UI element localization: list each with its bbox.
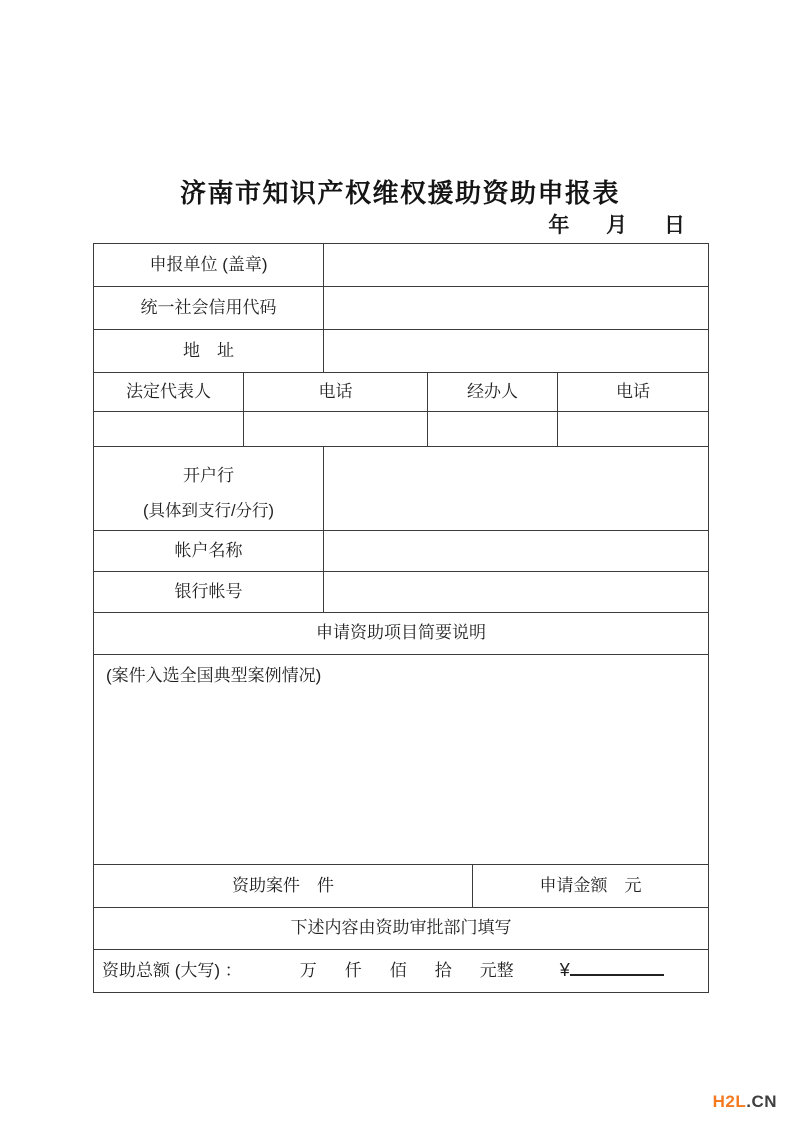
row-contact-header: 法定代表人 电话 经办人 电话 [94,373,709,412]
project-desc-header: 申请资助项目简要说明 [94,613,709,655]
legal-rep-value-cell [94,412,244,447]
account-name-label: 帐户名称 [94,531,324,572]
row-contact-values [94,412,709,447]
date-day-label: 日 [664,209,685,239]
credit-code-value-cell [324,287,709,330]
bank-label-line2: (具体到支行/分行) [94,501,323,522]
unit-wan: 万 [300,960,317,982]
row-approval-header: 下述内容由资助审批部门填写 [94,908,709,950]
watermark-logo: H2L.CN [713,1092,777,1112]
watermark-brand-suffix: .CN [746,1092,777,1111]
page-title: 济南市知识产权维权援助资助申报表 [0,173,800,210]
approval-section-header: 下述内容由资助审批部门填写 [94,908,709,950]
row-account-name: 帐户名称 [94,531,709,572]
bank-label: 开户行 (具体到支行/分行) [94,447,324,531]
handler-label: 经办人 [428,373,558,412]
handler-value-cell [428,412,558,447]
unit-bai: 佰 [390,960,407,982]
date-line: 年 月 日 [93,209,685,239]
account-name-value-cell [324,531,709,572]
address-value-cell [324,330,709,373]
phone1-value-cell [244,412,428,447]
credit-code-label: 统一社会信用代码 [94,287,324,330]
bank-account-value-cell [324,572,709,613]
address-label: 地 址 [94,330,324,373]
legal-rep-label: 法定代表人 [94,373,244,412]
row-project-desc-header: 申请资助项目简要说明 [94,613,709,655]
unit-yuanzheng: 元整 [480,960,514,982]
phone2-label: 电话 [558,373,709,412]
total-amount-cell: 资助总额 (大写) ：万仟佰拾元整¥ [94,950,709,993]
amount-label: 申请金额 元 [473,865,709,908]
bank-value-cell [324,447,709,531]
case-count-label: 资助案件 件 [94,865,473,908]
row-bank: 开户行 (具体到支行/分行) [94,447,709,531]
amount-underline [570,962,664,976]
unit-shi: 拾 [435,960,452,982]
total-amount-label: 资助总额 (大写) ： [102,961,242,980]
row-project-desc-area: (案件入选全国典型案例情况) [94,655,709,865]
date-year-label: 年 [548,209,569,239]
row-credit-code: 统一社会信用代码 [94,287,709,330]
unit-qian: 仟 [345,960,362,982]
document-page: 济南市知识产权维权援助资助申报表 年 月 日 申报单位 (盖章) 统一社会信用代… [0,0,800,1131]
row-bank-account: 银行帐号 [94,572,709,613]
case-selection-note: (案件入选全国典型案例情况) [106,665,696,687]
applicant-unit-value-cell [324,244,709,287]
date-month-label: 月 [606,209,627,239]
currency-symbol: ¥ [560,959,570,982]
bank-account-label: 银行帐号 [94,572,324,613]
watermark-brand-primary: H2L [713,1092,747,1111]
phone1-label: 电话 [244,373,428,412]
row-total-amount: 资助总额 (大写) ：万仟佰拾元整¥ [94,950,709,993]
row-summary: 资助案件 件 申请金额 元 [94,865,709,908]
application-form-table: 申报单位 (盖章) 统一社会信用代码 地 址 法定代表人 电话 经办人 电话 开… [93,243,709,993]
row-applicant-unit: 申报单位 (盖章) [94,244,709,287]
row-address: 地 址 [94,330,709,373]
applicant-unit-label: 申报单位 (盖章) [94,244,324,287]
phone2-value-cell [558,412,709,447]
bank-label-line1: 开户行 [94,465,323,487]
project-desc-area: (案件入选全国典型案例情况) [94,655,709,865]
